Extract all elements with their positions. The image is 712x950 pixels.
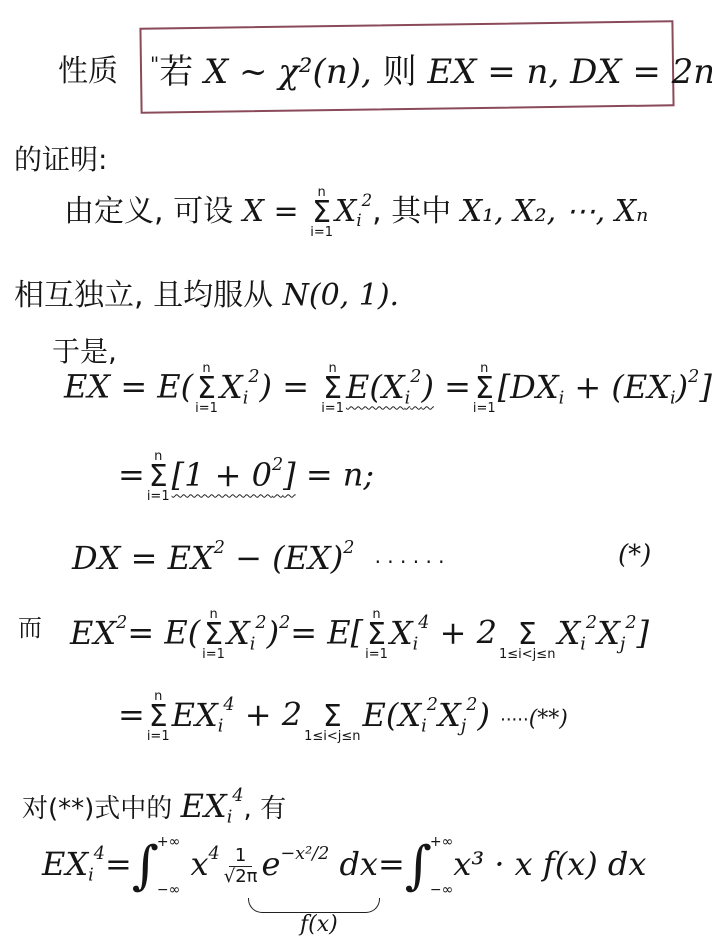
dx-line: DX = EX2 − (EX)2 · · · · · · [72, 538, 445, 577]
definition-line: 由定义, 可设 X = nΣi=1Xi2, 其中 X₁, X₂, ⋯, Xₙ [64, 186, 648, 239]
sum-symbol: nΣi=1 [147, 690, 170, 743]
integral-rhs: x³ · x f(x) dx [453, 845, 646, 883]
independence-line: 相互独立, 且均服从 N(0, 1). [14, 270, 399, 314]
ex-result: = n; [306, 456, 374, 494]
statement-distribution: X ~ χ²(n), [204, 52, 383, 92]
sum-symbol: nΣi=1 [310, 186, 333, 239]
sum-symbol: nΣi=1 [321, 362, 344, 415]
ex-derivation-line1: EX = E(nΣi=1Xi2) = nΣi=1E(Xi2) =nΣi=1[DX… [64, 362, 712, 415]
sum-symbol: nΣi=1 [202, 608, 225, 661]
equation-tag-double-star: (**) [529, 707, 568, 732]
xi4-term: Xi4 [390, 614, 430, 652]
ex-close: ) = [260, 368, 309, 406]
equals-e-bracket: = E[ [290, 614, 363, 652]
integrand-x4: x4 [190, 845, 219, 883]
cross-expectation: E(Xi2Xj2) [363, 696, 490, 734]
exi4-term: EXi4 [172, 696, 235, 734]
underbrace-label: f(x) [300, 912, 338, 937]
statement: "若 X ~ χ²(n), 则 EX = n, DX = 2n" [150, 44, 712, 93]
sum-symbol: nΣi=1 [473, 362, 496, 415]
exponential: e−x²/2 [261, 845, 329, 883]
moment-intro-prefix: 对(**)式中的 [22, 794, 172, 824]
statement-if: 若 [159, 52, 193, 92]
moment-intro-term: EXi4 [181, 787, 244, 825]
ex2-term: Xi2)2 [227, 614, 290, 652]
sum-symbol: nΣi=1 [195, 362, 218, 415]
sum-symbol: Σ1≤i<j≤n [304, 690, 360, 743]
definition-lhs: X = [243, 194, 299, 229]
open-quote: " [150, 52, 159, 76]
leader-dots: · · · · · · [375, 550, 445, 574]
equals-e: = E( [127, 614, 200, 652]
equation-tag-star: (*) [618, 540, 651, 570]
one-plus-zero-squared: [1 + 02] [172, 456, 296, 494]
ex2-derivation-line2: =nΣi=1EXi4 + 2 Σ1≤i<j≤nE(Xi2Xj2) ·····(*… [118, 690, 568, 743]
sum-symbol: nΣi=1 [365, 608, 388, 661]
statement-result: EX = n, DX = 2n [427, 52, 712, 92]
dx-formula: DX = EX2 − (EX)2 [72, 539, 354, 577]
equals: = [378, 845, 405, 883]
ex2-derivation-line1: EX2= E(nΣi=1Xi2)2= E[nΣi=1Xi4 + 2 Σ1≤i<j… [70, 608, 649, 661]
plus-two: + 2 [245, 696, 302, 734]
moment-lhs: EXi4 [42, 845, 105, 883]
integral-sign: ∫+∞−∞ [405, 834, 454, 898]
equals: = [105, 845, 132, 883]
plus-two: + 2 [440, 614, 497, 652]
ex-derivation-line2: =nΣi=1[1 + 02] = n; [118, 450, 374, 503]
independence-text: 相互独立, 且均服从 [14, 278, 273, 313]
ex-term: Xi2 [220, 368, 260, 406]
connector-er: 而 [18, 608, 42, 643]
moment-integral: EXi4=∫+∞−∞ x41√2πe−x²/2 dx=∫+∞−∞x³ · x f… [42, 834, 646, 898]
equals: = [118, 456, 145, 494]
leader-dots: ····· [500, 710, 529, 731]
sum-symbol: Σ1≤i<j≤n [499, 608, 555, 661]
moment-intro: 对(**)式中的 EXi4, 有 [22, 786, 286, 827]
underbrace-density [248, 898, 380, 913]
variance-plus-mean: [DXi + (EXi)2] [498, 368, 712, 406]
independence-distribution: N(0, 1). [283, 278, 399, 313]
definition-middle: , 其中 [372, 194, 451, 229]
normalizing-fraction: 1√2π [224, 846, 258, 887]
cross-term: Xi2Xj2] [557, 614, 649, 652]
statement-then: 则 [383, 52, 417, 92]
equals: = [444, 368, 471, 406]
ex-lhs: EX = E( [64, 368, 193, 406]
property-label: 性质 [58, 46, 118, 90]
definition-prefix: 由定义, 可设 [64, 194, 233, 229]
expectation-xi2: E(Xi2) [346, 368, 434, 406]
definition-variables: X₁, X₂, ⋯, Xₙ [461, 194, 649, 229]
proof-heading: 的证明: [14, 138, 107, 178]
sum-symbol: nΣi=1 [147, 450, 170, 503]
integral-sign: ∫+∞−∞ [132, 834, 181, 898]
moment-intro-suffix: , 有 [244, 794, 287, 824]
differential: dx [339, 845, 378, 883]
equals: = [118, 696, 145, 734]
ex2-lhs: EX2 [70, 614, 127, 652]
definition-term: Xi2 [335, 194, 372, 229]
